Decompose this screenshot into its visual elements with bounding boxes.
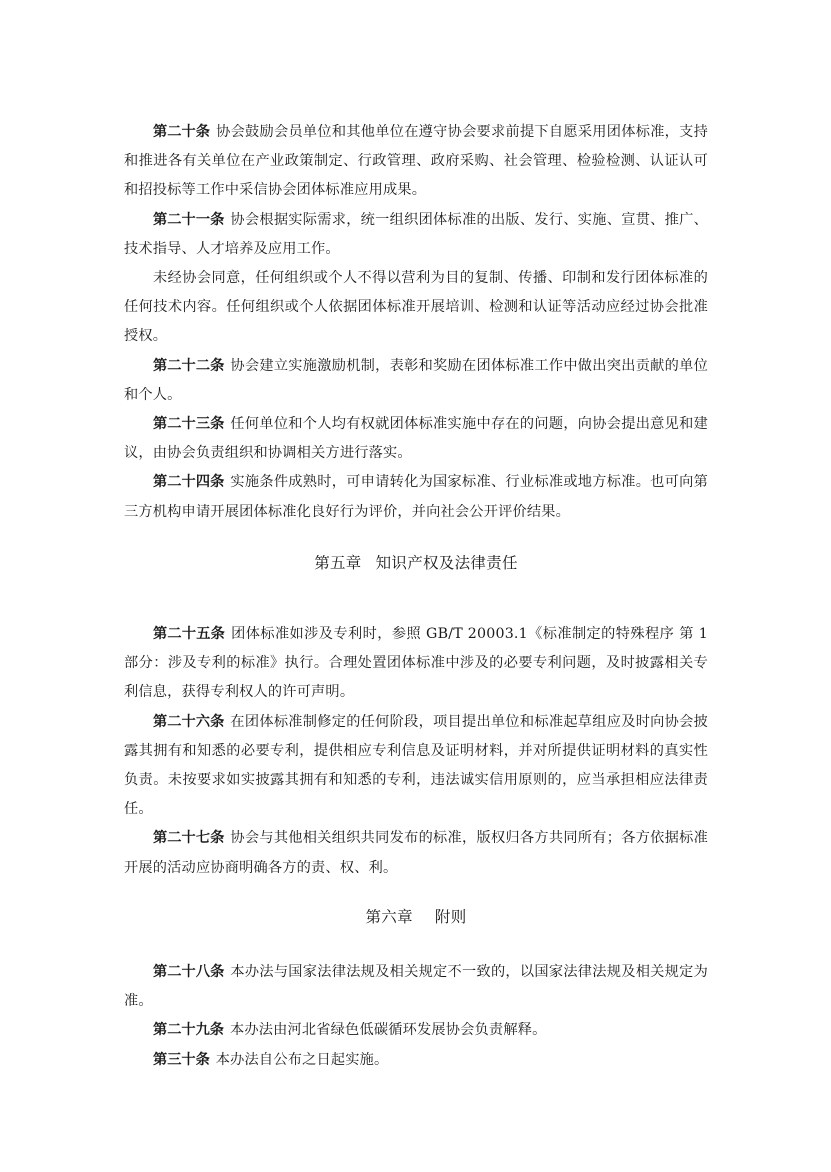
article-text: 协会鼓励会员单位和其他单位在遵守协会要求前提下自愿采用团体标准，支持和推进各有关… (124, 124, 708, 198)
article-21-paragraph-2: 未经协会同意，任何组织或个人不得以营利为目的复制、传播、印制和发行团体标准的任何… (124, 264, 708, 352)
article-23: 第二十三条任何单位和个人均有权就团体标准实施中存在的问题，向协会提出意见和建议，… (124, 410, 708, 468)
article-20: 第二十条协会鼓励会员单位和其他单位在遵守协会要求前提下自愿采用团体标准，支持和推… (124, 118, 708, 206)
chapter-number: 第六章 (365, 908, 412, 926)
article-28: 第二十八条本办法与国家法律法规及相关规定不一致的，以国家法律法规及相关规定为准。 (124, 958, 708, 1016)
article-21: 第二十一条协会根据实际需求，统一组织团体标准的出版、发行、实施、宣贯、推广、技术… (124, 206, 708, 264)
article-label: 第三十条 (153, 1052, 210, 1068)
article-label: 第二十四条 (153, 474, 224, 490)
article-label: 第二十九条 (153, 1022, 224, 1038)
chapter-number: 第五章 (314, 554, 361, 572)
chapter-5-heading: 第五章知识产权及法律责任 (124, 549, 708, 578)
article-label: 第二十三条 (153, 416, 224, 432)
article-label: 第二十七条 (153, 830, 224, 846)
article-text: 本办法自公布之日起实施。 (216, 1052, 389, 1068)
article-27: 第二十七条协会与其他相关组织共同发布的标准，版权归各方共同所有；各方依据标准开展… (124, 824, 708, 882)
article-30: 第三十条本办法自公布之日起实施。 (124, 1046, 708, 1075)
article-label: 第二十八条 (153, 964, 224, 980)
article-text: 本办法由河北省绿色低碳循环发展协会负责解释。 (230, 1022, 547, 1038)
document-page: 第二十条协会鼓励会员单位和其他单位在遵守协会要求前提下自愿采用团体标准，支持和推… (124, 118, 708, 1075)
chapter-6-heading: 第六章附则 (124, 903, 708, 932)
article-24: 第二十四条实施条件成熟时，可申请转化为国家标准、行业标准或地方标准。也可向第三方… (124, 468, 708, 526)
article-label: 第二十二条 (153, 358, 224, 374)
article-label: 第二十六条 (153, 714, 224, 730)
article-label: 第二十五条 (153, 626, 225, 642)
article-22: 第二十二条协会建立实施激励机制，表彰和奖励在团体标准工作中做出突出贡献的单位和个… (124, 352, 708, 410)
article-label: 第二十一条 (153, 212, 224, 228)
chapter-title: 附则 (435, 908, 467, 926)
chapter-title: 知识产权及法律责任 (376, 554, 518, 572)
article-26: 第二十六条在团体标准制修定的任何阶段，项目提出单位和标准起草组应及时向协会披露其… (124, 708, 708, 825)
article-25: 第二十五条团体标准如涉及专利时，参照 GB/T 20003.1《标准制定的特殊程… (124, 620, 708, 708)
article-29: 第二十九条本办法由河北省绿色低碳循环发展协会负责解释。 (124, 1016, 708, 1045)
article-label: 第二十条 (153, 124, 210, 140)
